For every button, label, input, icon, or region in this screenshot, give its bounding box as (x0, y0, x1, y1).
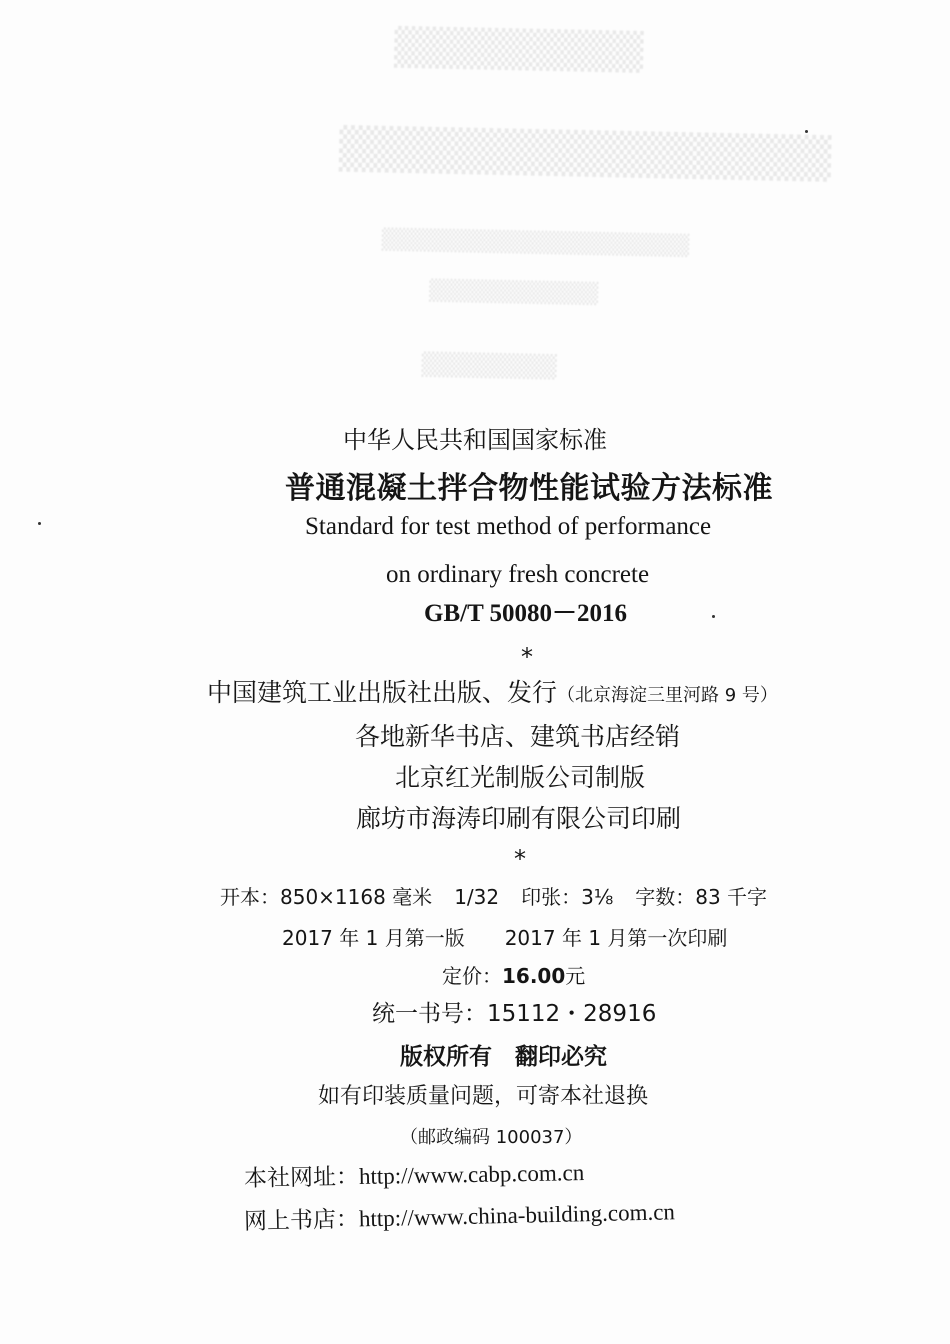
format-label: 开本： (220, 885, 280, 909)
publisher-address: （北京海淀三里河路 9 号） (557, 685, 778, 706)
ghost-line: ▒▒▒▒▒▒▒▒▒▒▒▒▒▒▒▒▒▒▒▒ (381, 227, 689, 257)
bookstore-label: 网上书店： (244, 1206, 360, 1235)
title-english-line-2: on ordinary fresh concrete (386, 562, 649, 587)
publisher-name: 中国建筑工业出版社出版、发行 (207, 678, 557, 707)
title-chinese: 普通混凝土拌合物性能试验方法标准 (285, 474, 773, 504)
price-label: 定价： (442, 964, 502, 988)
ghost-line: ▒▒▒▒▒▒▒▒ (421, 353, 557, 381)
title-english-line-1: Standard for test method of performance (305, 514, 711, 539)
postal-code: （邮政编码 100037） (400, 1129, 582, 1147)
ghost-line: ▒▒▒▒▒▒▒▒▒▒▒ (429, 278, 599, 306)
ghost-line: ▒▒▒▒▒▒▒▒▒ (394, 27, 644, 73)
separator-star-1: * (521, 645, 533, 669)
copyright-notice: 版权所有 翻印必究 (400, 1046, 607, 1069)
standard-category: 中华人民共和国国家标准 (0, 428, 950, 452)
distributor: 各地新华书店、建筑书店经销 (355, 724, 680, 749)
standard-number: GB/T 50080－2016 (424, 601, 627, 626)
bleed-through-ghost-text: ▒▒▒▒▒▒▒▒▒ ▒▒▒▒▒▒▒▒▒▒▒▒▒▒▒▒ ▒▒▒▒▒▒▒▒▒▒▒▒▒… (166, 3, 894, 418)
words-label: 字数： (635, 885, 695, 909)
scan-speck (38, 522, 41, 525)
edition-info: 2017 年 1 月第一版2017 年 1 月第一次印刷 (282, 928, 727, 948)
online-bookstore: 网上书店：http://www.china-building.com.cn (244, 1200, 675, 1234)
publisher: 中国建筑工业出版社出版、发行（北京海淀三里河路 9 号） (207, 680, 778, 705)
website-label: 本社网址： (244, 1164, 359, 1192)
sheets-value: 3⅛ (581, 885, 613, 909)
book-number: 统一书号：15112・28916 (372, 1003, 656, 1026)
words-value: 83 千字 (695, 885, 767, 909)
price-value: 16.00 (502, 964, 565, 988)
bookstore-url: http://www.china-building.com.cn (359, 1199, 675, 1231)
website: 本社网址：http://www.cabp.com.cn (244, 1161, 585, 1191)
scan-speck (712, 615, 715, 618)
book-specs: 开本：850×1168 毫米1/32印张：3⅛字数：83 千字 (220, 887, 767, 907)
fold-value: 1/32 (454, 885, 499, 909)
scan-speck (805, 130, 808, 133)
printing: 2017 年 1 月第一次印刷 (505, 926, 728, 950)
separator-star-2: * (514, 847, 526, 871)
ghost-line: ▒▒▒▒▒▒▒▒▒▒▒▒▒▒▒▒ (339, 126, 832, 182)
website-url: http://www.cabp.com.cn (359, 1160, 585, 1189)
plate-maker: 北京红光制版公司制版 (395, 765, 645, 790)
price-unit: 元 (565, 964, 585, 988)
sheets-label: 印张： (521, 885, 581, 909)
scanned-copyright-page: ▒▒▒▒▒▒▒▒▒ ▒▒▒▒▒▒▒▒▒▒▒▒▒▒▒▒ ▒▒▒▒▒▒▒▒▒▒▒▒▒… (0, 0, 950, 1344)
printer: 廊坊市海涛印刷有限公司印刷 (356, 806, 681, 831)
price: 定价：16.00元 (442, 966, 585, 986)
edition: 2017 年 1 月第一版 (282, 926, 465, 950)
return-notice: 如有印装质量问题，可寄本社退换 (318, 1086, 648, 1108)
format-value: 850×1168 毫米 (280, 885, 432, 909)
